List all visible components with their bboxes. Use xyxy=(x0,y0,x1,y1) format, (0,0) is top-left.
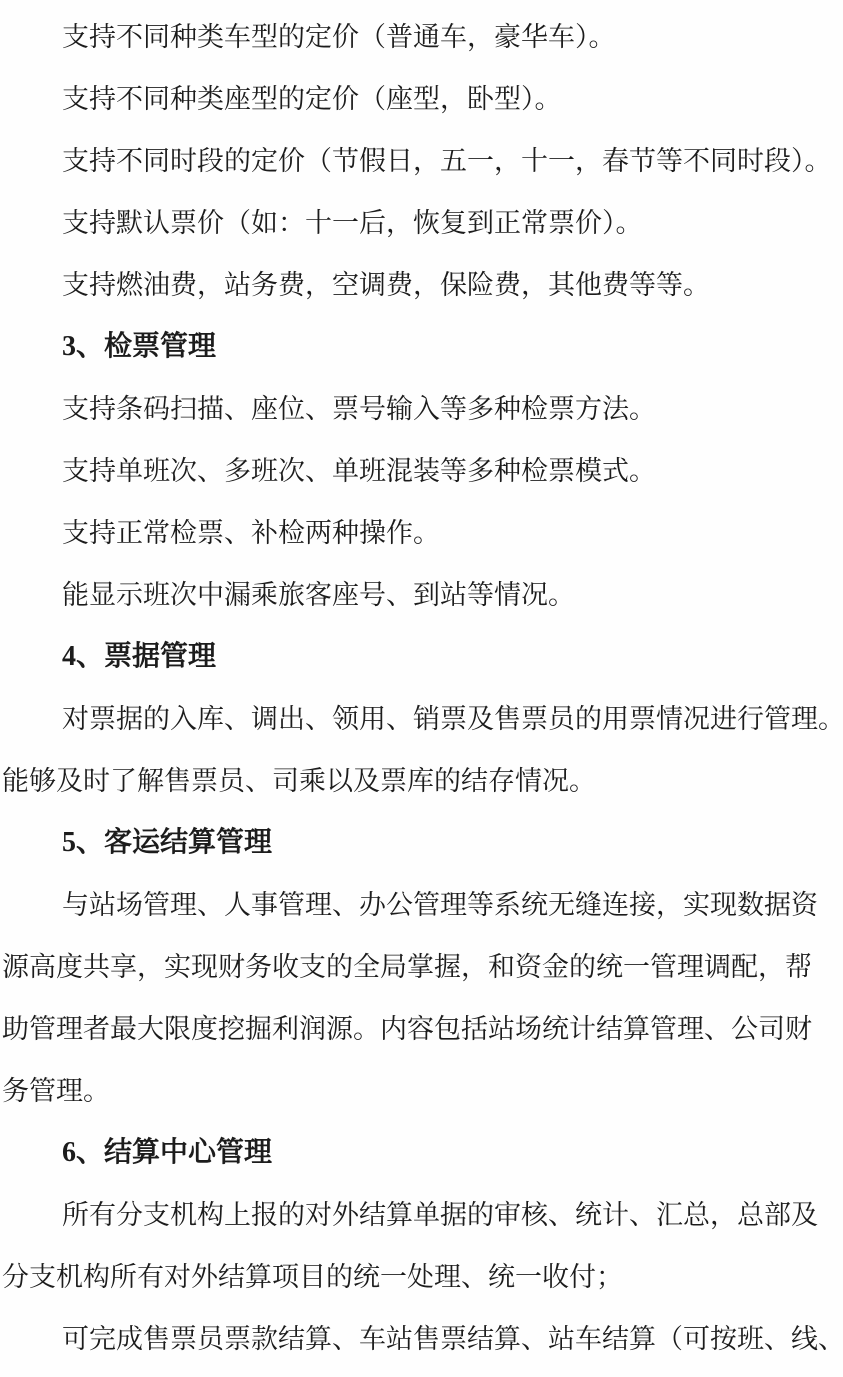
section-heading-ticket-stock: 4、票据管理 xyxy=(0,626,843,688)
section-heading-settlement-center: 6、结算中心管理 xyxy=(0,1122,843,1184)
text-line: 能够及时了解售票员、司乘以及票库的结存情况。 xyxy=(0,750,843,812)
text-line: 源高度共享，实现财务收支的全局掌握，和资金的统一管理调配，帮 xyxy=(0,936,843,998)
text-line: 支持不同种类车型的定价（普通车，豪华车）。 xyxy=(0,6,843,68)
text-line: 与站场管理、人事管理、办公管理等系统无缝连接，实现数据资 xyxy=(0,874,843,936)
text-line: 所有分支机构上报的对外结算单据的审核、统计、汇总，总部及 xyxy=(0,1184,843,1246)
document-page: 支持不同种类车型的定价（普通车，豪华车）。 支持不同种类座型的定价（座型，卧型）… xyxy=(0,0,843,1377)
text-line: 能显示班次中漏乘旅客座号、到站等情况。 xyxy=(0,564,843,626)
text-line: 务管理。 xyxy=(0,1060,843,1122)
text-line: 对票据的入库、调出、领用、销票及售票员的用票情况进行管理。 xyxy=(0,688,843,750)
text-line: 支持正常检票、补检两种操作。 xyxy=(0,502,843,564)
text-line: 支持条码扫描、座位、票号输入等多种检票方法。 xyxy=(0,378,843,440)
text-line: 分支机构所有对外结算项目的统一处理、统一收付； xyxy=(0,1246,843,1308)
section-heading-ticket-checking: 3、检票管理 xyxy=(0,316,843,378)
section-heading-settlement: 5、客运结算管理 xyxy=(0,812,843,874)
text-line: 支持不同种类座型的定价（座型，卧型）。 xyxy=(0,68,843,130)
text-line: 支持单班次、多班次、单班混装等多种检票模式。 xyxy=(0,440,843,502)
text-line: 支持不同时段的定价（节假日，五一，十一，春节等不同时段）。 xyxy=(0,130,843,192)
text-line: 支持默认票价（如：十一后，恢复到正常票价）。 xyxy=(0,192,843,254)
text-line: 支持燃油费，站务费，空调费，保险费，其他费等等。 xyxy=(0,254,843,316)
text-line: 可完成售票员票款结算、车站售票结算、站车结算（可按班、线、 xyxy=(0,1308,843,1370)
text-line: 助管理者最大限度挖掘利润源。内容包括站场统计结算管理、公司财 xyxy=(0,998,843,1060)
